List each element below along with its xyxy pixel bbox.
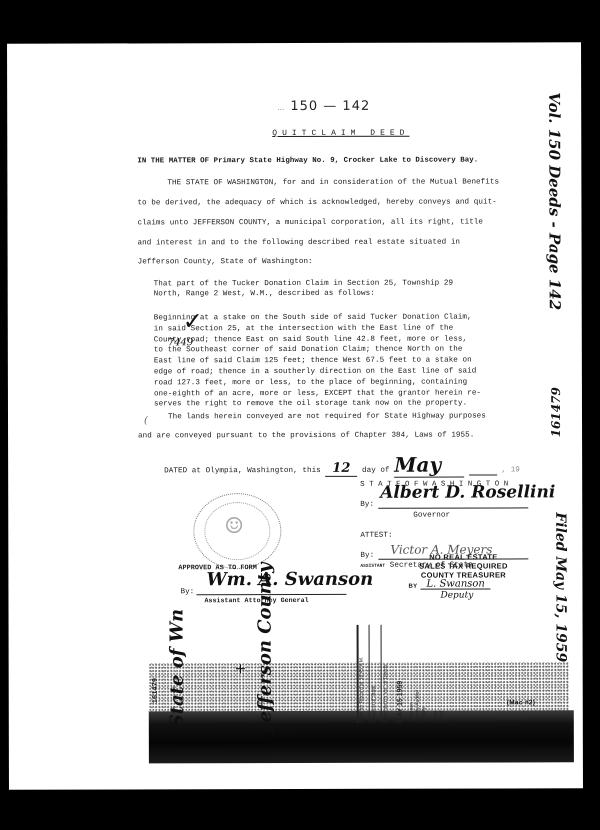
- dated-blank: [469, 466, 497, 475]
- bottom-party-county: Jefferson County: [254, 562, 275, 731]
- tax-stamp-line: SALES TAX REQUIRED: [408, 561, 518, 570]
- dated-prefix: DATED at Olympia, Washington, this: [164, 467, 321, 475]
- margin-mark: (: [144, 415, 148, 426]
- bottom-party-plus: +: [235, 661, 247, 677]
- document-number: … 150 — 142: [277, 99, 370, 114]
- dated-year: , 19: [501, 466, 519, 474]
- dated-day: 12: [325, 461, 357, 477]
- note-7449: 7449: [168, 337, 193, 348]
- margin-record-number: 161479: [549, 387, 563, 437]
- description-line: County road; thence East on said South l…: [154, 334, 481, 346]
- filing-stamp-rule: [369, 625, 370, 723]
- doc-number-prefix: …: [277, 104, 285, 112]
- parcel-intro-line-2: North, Range 2 West, W.M., described as …: [154, 290, 375, 299]
- approved-signature: Wm. A. Swanson: [206, 569, 373, 590]
- governor-title: Governor: [413, 512, 450, 520]
- description-line: East line of said Claim 125 feet; thence…: [154, 356, 481, 368]
- filing-stamp-line: Proof Read: [433, 711, 445, 723]
- filing-stamp-line: Request of State: [371, 686, 377, 723]
- matter-line: IN THE MATTER OF Primary State Highway N…: [137, 157, 478, 166]
- filing-stamp-rule: [357, 625, 359, 723]
- governor-by-label: By:: [360, 501, 374, 509]
- attest-label: ATTEST:: [360, 532, 392, 540]
- description-line: to the Southeast corner of said Donation…: [154, 345, 481, 357]
- body-line-2: to be derived, the adequacy of which is …: [137, 198, 496, 207]
- body-line-3: claims unto JEFFERSON COUNTY, a municipa…: [137, 219, 483, 228]
- parcel-intro-line-1: That part of the Tucker Donation Claim i…: [154, 280, 453, 289]
- dated-line: DATED at Olympia, Washington, this 12 da…: [164, 452, 520, 478]
- filing-stamp-date: MAY 15 1959: [397, 681, 404, 723]
- filing-stamp-line: Jefferson County Auditor: [409, 689, 421, 723]
- recording-filing-stamp: Filed for Record at 10:45 A M. Request o…: [353, 625, 443, 725]
- governor-signature-line: [378, 507, 528, 508]
- bottom-record-number: 161479: [152, 678, 160, 704]
- state-seal: ☺: [193, 493, 281, 569]
- tax-exempt-stamp: NO REAL ESTATE SALES TAX REQUIRED COUNTY…: [408, 552, 518, 579]
- purpose-line-2: and are conveyed pursuant to the provisi…: [138, 432, 474, 441]
- tax-stamp-line: NO REAL ESTATE: [408, 552, 518, 561]
- margin-filed-date: Filed May 15, 1959: [552, 512, 568, 662]
- margin-volume-page: Vol. 150 Deeds - Page 142: [545, 92, 564, 310]
- description-line: one-eighth of an acre, more or less, EXC…: [154, 388, 481, 400]
- deed-page: … 150 — 142 QUITCLAIM DEED IN THE MATTER…: [7, 42, 583, 790]
- attest-by-label: By:: [360, 552, 374, 560]
- document-title: QUITCLAIM DEED: [272, 129, 409, 138]
- doc-number-value: 150 — 142: [290, 99, 370, 114]
- checkmark-icon: ✓: [183, 307, 203, 335]
- body-line-4: and interest in and to the following des…: [138, 239, 461, 248]
- description-line: edge of road; thence in a southerly dire…: [154, 366, 481, 378]
- body-line-1: THE STATE OF WASHINGTON, for and in cons…: [167, 178, 499, 187]
- purpose-line-1: The lands herein conveyed are not requir…: [168, 413, 486, 422]
- description-line: serves the right to remove the oil stora…: [154, 399, 481, 411]
- approved-by-label: By:: [180, 588, 194, 596]
- filing-stamp-rule: [381, 625, 382, 723]
- dated-month: May: [394, 453, 464, 478]
- form-code: (Mac #2): [507, 698, 535, 707]
- seal-portrait-icon: ☺: [224, 514, 244, 539]
- tax-stamp-signature: L. Swanson: [426, 579, 484, 590]
- tax-stamp-by-label: BY: [408, 583, 417, 592]
- filing-stamp-line: Recorded in Vol. of Deeds: [383, 665, 389, 723]
- filing-stamp-line: Deputy: [421, 707, 427, 723]
- governor-signature: Albert D. Rosellini: [380, 482, 555, 502]
- filing-stamp-line: Filed for Record at 10:45 A M.: [359, 657, 365, 723]
- dated-middle: day of: [362, 467, 390, 475]
- body-line-5: Jefferson County, State of Washington:: [138, 258, 313, 266]
- description-line: road 127.3 feet, more or less, to the pl…: [154, 377, 481, 389]
- tax-stamp-deputy: Deputy: [440, 591, 473, 601]
- bottom-party-state: State of Wn: [167, 609, 188, 727]
